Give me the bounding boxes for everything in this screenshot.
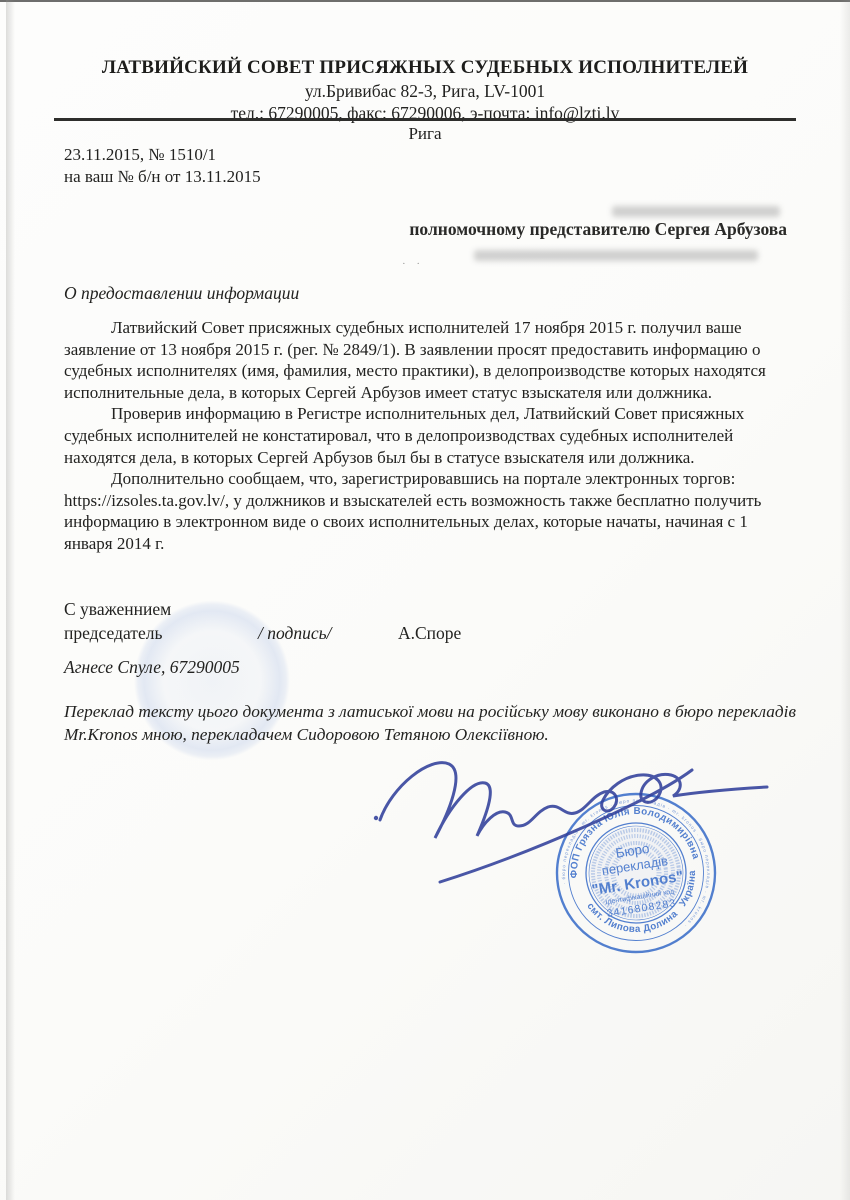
- scanned-letter-page: ЛАТВИЙСКИЙ СОВЕТ ПРИСЯЖНЫХ СУДЕБНЫХ ИСПО…: [0, 0, 850, 1200]
- handwritten-signature: [352, 748, 782, 898]
- signer-position: председатель: [64, 623, 162, 644]
- redacted-recipient-address: [474, 250, 758, 261]
- scan-edge-artifact-right: [840, 0, 850, 1200]
- outgoing-reference: 23.11.2015, № 1510/1: [64, 144, 261, 166]
- subject-line: О предоставлении информации: [64, 283, 299, 304]
- letterhead-divider: [54, 118, 796, 121]
- organization-name: ЛАТВИЙСКИЙ СОВЕТ ПРИСЯЖНЫХ СУДЕБНЫХ ИСПО…: [0, 55, 850, 80]
- paragraph-3: Дополнительно сообщаем, что, зарегистрир…: [64, 468, 798, 554]
- scan-edge-artifact-left: [6, 0, 15, 1200]
- paragraph-2: Проверив информацию в Регистре исполните…: [64, 403, 798, 468]
- respect-line: С уваженнием: [64, 599, 171, 620]
- letterhead: ЛАТВИЙСКИЙ СОВЕТ ПРИСЯЖНЫХ СУДЕБНЫХ ИСПО…: [0, 55, 850, 124]
- paragraph-1: Латвийский Совет присяжных судебных испо…: [64, 317, 798, 403]
- letter-body: Латвийский Совет присяжных судебных испо…: [64, 317, 798, 555]
- reference-block: 23.11.2015, № 1510/1 на ваш № б/н от 13.…: [64, 144, 261, 188]
- recipient-line: полномочному представителю Сергея Арбузо…: [409, 219, 787, 240]
- scan-dots-artifact: · ·: [402, 258, 424, 270]
- incoming-reference: на ваш № б/н от 13.11.2015: [64, 166, 261, 188]
- contact-person-line: Агнесе Спуле, 67290005: [64, 657, 240, 678]
- signer-name: А.Споре: [398, 623, 461, 644]
- signature-ink-icon: [352, 748, 782, 898]
- organization-address: ул.Бривибас 82-3, Рига, LV-1001: [0, 80, 850, 102]
- translator-note: Переклад тексту цього документа з латись…: [64, 700, 800, 746]
- redacted-recipient-name: [612, 206, 780, 217]
- scan-edge-artifact-top: [0, 0, 850, 2]
- place-line: Рига: [0, 124, 850, 144]
- organization-contact: тел.: 67290005, факс: 67290006, э-почта:…: [0, 102, 850, 124]
- signature-placeholder: / подпись/: [258, 623, 331, 644]
